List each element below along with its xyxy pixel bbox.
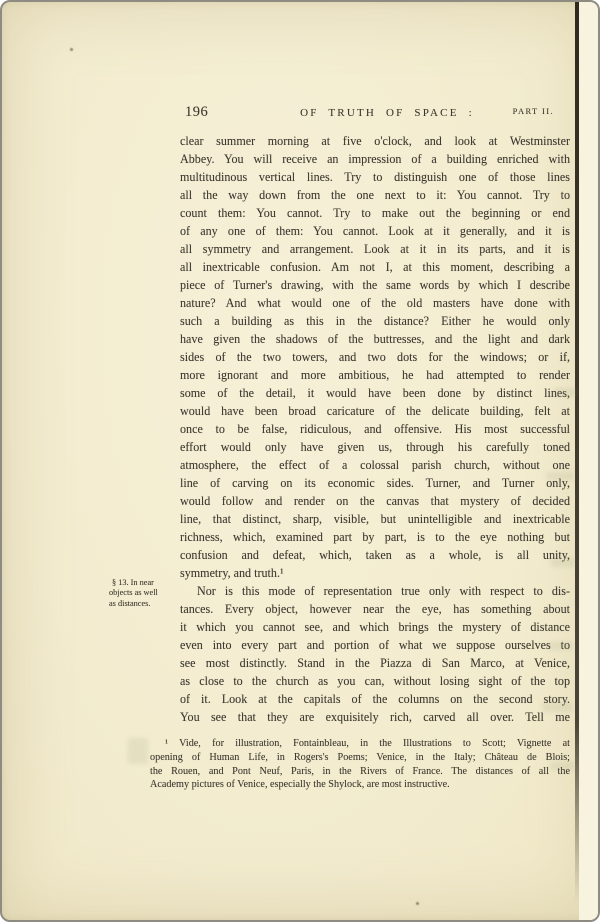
bleed-through-mark <box>546 472 574 480</box>
paragraph-1-last-line: symmetry, and truth.¹ <box>180 564 570 582</box>
text-line: nature? And what would one of the old ma… <box>180 294 570 312</box>
text-line: would have been broad caricature of the … <box>180 402 570 420</box>
bleed-through-mark <box>128 738 148 764</box>
sidenote-lines: § 13. In nearobjects as wellas distances… <box>109 578 179 609</box>
bleed-through-mark <box>554 388 576 397</box>
text-line: of any one of them: You cannot. Look at … <box>180 222 570 240</box>
text-line: the Rouen, and Pont Neuf, Paris, in the … <box>150 765 570 779</box>
text-line: ¹ Vide, for illustration, Fontainbleau, … <box>150 737 570 751</box>
bleed-through-mark <box>550 762 574 770</box>
paragraph-1: clear summer morning at five o'clock, an… <box>180 132 570 564</box>
text-line: confusion and defeat, which, taken as a … <box>180 546 570 564</box>
screenshot-root: 196 OF TRUTH OF SPACE : PART II. § 13. I… <box>0 0 600 922</box>
footnote-lines: ¹ Vide, for illustration, Fontainbleau, … <box>150 737 570 778</box>
page-edge-strip <box>579 2 598 920</box>
running-title: OF TRUTH OF SPACE : <box>252 107 522 119</box>
text-line: more ignorant and more ambitious, he had… <box>180 366 570 384</box>
text-line: Nor is this mode of representation true … <box>180 582 570 600</box>
scan-edge-shadow <box>575 2 579 902</box>
text-line: all inextricable confusion. Am not I, at… <box>180 258 570 276</box>
paper-speck <box>416 902 419 905</box>
text-line: richness, which, examined part by part, … <box>180 528 570 546</box>
text-line: it which you cannot see, and which bring… <box>180 618 570 636</box>
part-label: PART II. <box>513 106 554 116</box>
text-line: tances. Every object, however near the e… <box>180 600 570 618</box>
text-line: line, that distinct, sharp, visible, but… <box>180 510 570 528</box>
text-line: line of carving on its economic sides. T… <box>180 474 570 492</box>
book-page-scan: 196 OF TRUTH OF SPACE : PART II. § 13. I… <box>0 0 600 922</box>
paragraph-2: Nor is this mode of representation true … <box>180 582 570 726</box>
text-line: § 13. In near <box>109 578 179 588</box>
text-line: objects as well <box>109 588 179 598</box>
text-line: sides of the two towers, and two dots fo… <box>180 348 570 366</box>
bleed-through-mark <box>551 558 575 567</box>
text-line: clear summer morning at five o'clock, an… <box>180 132 570 150</box>
text-line: multitudinous vertical lines. Try to dis… <box>180 168 570 186</box>
text-line: would follow and render on the canvas th… <box>180 492 570 510</box>
bleed-through-mark <box>547 642 573 650</box>
text-line: as close to the church as you can, witho… <box>180 672 570 690</box>
text-line: all the way down from the one next to it… <box>180 186 570 204</box>
text-line: as distances. <box>109 599 179 609</box>
text-line: atmosphere, the effect of a colossal par… <box>180 456 570 474</box>
footnote: ¹ Vide, for illustration, Fontainbleau, … <box>150 737 570 792</box>
body-text: clear summer morning at five o'clock, an… <box>180 132 570 726</box>
text-line: Abbey. You will receive an impression of… <box>180 150 570 168</box>
text-line: effort would only have given us, through… <box>180 438 570 456</box>
text-line: even into every part and portion of what… <box>180 636 570 654</box>
footnote-last-line: Academy pictures of Venice, especially t… <box>150 778 570 792</box>
sidenote: § 13. In nearobjects as wellas distances… <box>109 578 179 609</box>
text-line: such a building as this in the distance?… <box>180 312 570 330</box>
text-line: of it. Look at the capitals of the colum… <box>180 690 570 708</box>
page-number: 196 <box>185 104 208 121</box>
bleed-through-mark <box>542 702 572 712</box>
text-line: piece of Turner's drawing, with the same… <box>180 276 570 294</box>
text-line: opening of Human Life, in Rogers's Poems… <box>150 751 570 765</box>
text-line: all symmetry and arrangement. Look at it… <box>180 240 570 258</box>
text-line: see most distinctly. Stand in the Piazza… <box>180 654 570 672</box>
text-line: count them: You cannot. Try to make out … <box>180 204 570 222</box>
text-line: once to be false, ridiculous, and offens… <box>180 420 570 438</box>
text-line: some of the detail, it would have been d… <box>180 384 570 402</box>
paper-speck <box>70 48 73 51</box>
text-line: have given the shadows of the buttresses… <box>180 330 570 348</box>
text-line: You see that they are exquisitely rich, … <box>180 708 570 726</box>
